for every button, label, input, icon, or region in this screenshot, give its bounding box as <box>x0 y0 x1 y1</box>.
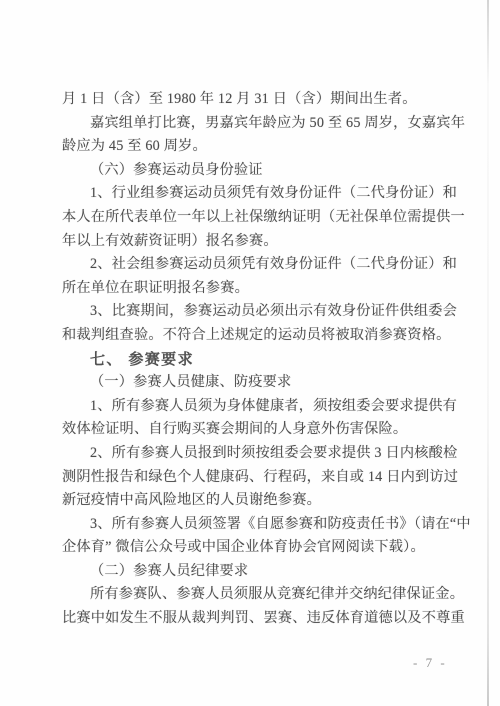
text-line-12: 七、 参赛要求 <box>62 348 454 372</box>
text-line-6: 本人在所代表单位一年以上社保缴纳证明（无社保单位需提供一 <box>62 206 454 230</box>
scan-edge-artifact <box>487 0 489 706</box>
text-line-1: 月 1 日（含）至 1980 年 12 月 31 日（含）期间出生者。 <box>62 88 454 112</box>
text-line-10: 3、比赛期间，参赛运动员必须出示有效身份证件供组委会 <box>62 300 454 324</box>
text-line-2: 嘉宾组单打比赛，男嘉宾年龄应为 50 至 65 周岁，女嘉宾年 <box>62 112 454 136</box>
text-line-9: 所在单位在职证明报名参赛。 <box>62 277 454 301</box>
text-line-15: 效体检证明、自行购买赛会期间的人身意外伤害保险。 <box>62 418 454 442</box>
text-line-13: （一）参赛人员健康、防疫要求 <box>62 371 454 395</box>
page-number: - 7 - <box>413 655 447 671</box>
document-page: 月 1 日（含）至 1980 年 12 月 31 日（含）期间出生者。嘉宾组单打… <box>0 0 500 706</box>
text-line-16: 2、所有参赛人员报到时须按组委会要求提供 3 日内核酸检 <box>62 442 454 466</box>
text-line-20: 企体育” 微信公众号或中国企业体育协会官网阅读下载）。 <box>62 536 454 560</box>
text-line-7: 年以上有效薪资证明）报名参赛。 <box>62 230 454 254</box>
document-body: 月 1 日（含）至 1980 年 12 月 31 日（含）期间出生者。嘉宾组单打… <box>62 88 454 631</box>
text-line-14: 1、所有参赛人员须为身体健康者，须按组委会要求提供有 <box>62 395 454 419</box>
text-line-17: 测阴性报告和绿色个人健康码、行程码，来自或 14 日内到访过 <box>62 466 454 490</box>
text-line-11: 和裁判组查验。不符合上述规定的运动员将被取消参赛资格。 <box>62 324 454 348</box>
text-line-8: 2、社会组参赛运动员须凭有效身份证件（二代身份证）和 <box>62 253 454 277</box>
text-line-21: （二）参赛人员纪律要求 <box>62 560 454 584</box>
text-line-18: 新冠疫情中高风险地区的人员谢绝参赛。 <box>62 489 454 513</box>
text-line-3: 龄应为 45 至 60 周岁。 <box>62 135 454 159</box>
text-line-5: 1、行业组参赛运动员须凭有效身份证件（二代身份证）和 <box>62 182 454 206</box>
text-line-23: 比赛中如发生不服从裁判判罚、罢赛、违反体育道德以及不尊重 <box>62 607 454 631</box>
text-line-4: （六）参赛运动员身份验证 <box>62 159 454 183</box>
text-line-22: 所有参赛队、参赛人员须服从竞赛纪律并交纳纪律保证金。 <box>62 583 454 607</box>
text-line-19: 3、所有参赛人员须签署《自愿参赛和防疫责任书》（请在“中 <box>62 513 454 537</box>
